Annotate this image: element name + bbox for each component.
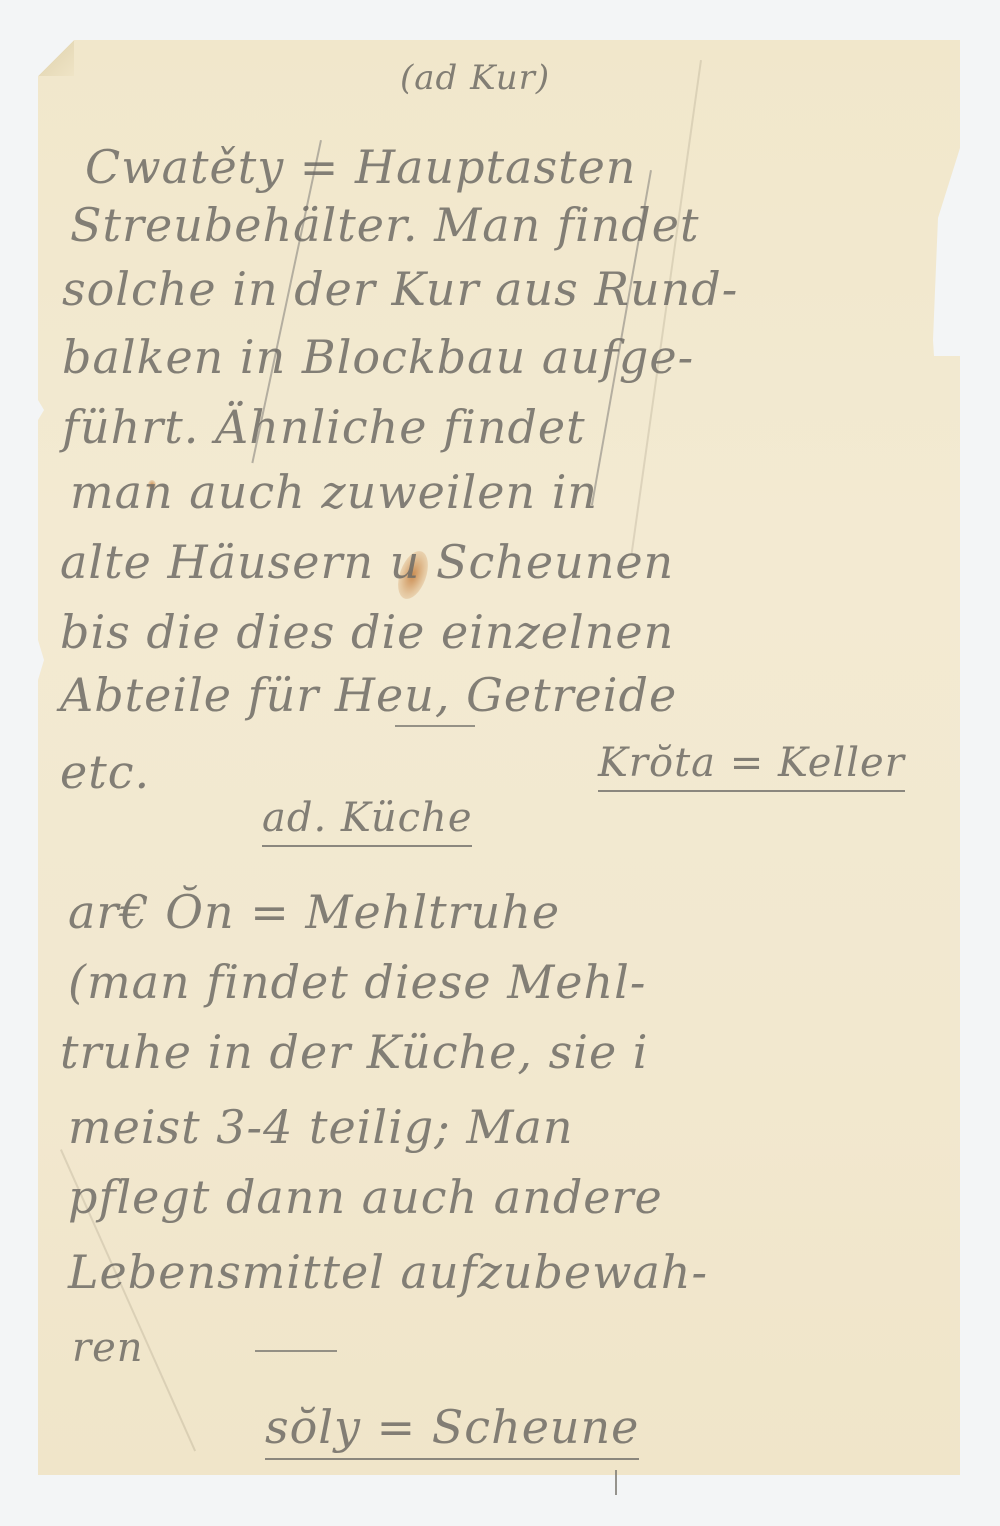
manuscript-line: ren bbox=[72, 1325, 144, 1371]
manuscript-line: truhe in der Küche, sie i bbox=[60, 1025, 649, 1079]
aside-entry-keller: Krŏta = Keller bbox=[598, 740, 905, 792]
section-heading-kueche: ad. Küche bbox=[262, 795, 472, 847]
manuscript-line: bis die dies die einzelnen bbox=[60, 605, 674, 659]
manuscript-line: alte Häusern u Scheunen bbox=[60, 535, 674, 589]
edge-mark bbox=[615, 1470, 617, 1495]
footer-entry-scheune: sŏly = Scheune bbox=[265, 1400, 639, 1460]
manuscript-line: etc. bbox=[60, 745, 150, 799]
manuscript-line: Cwatěty = Hauptasten bbox=[85, 140, 636, 194]
manuscript-line: Abteile für Heu, Getreide bbox=[60, 668, 677, 722]
manuscript-line: pflegt dann auch andere bbox=[68, 1170, 663, 1224]
manuscript-line: Streubehälter. Man findet bbox=[70, 198, 699, 252]
manuscript-line: führt. Ähnliche findet bbox=[62, 400, 586, 454]
separator-rule bbox=[255, 1350, 337, 1352]
manuscript-line: (man findet diese Mehl- bbox=[68, 955, 646, 1009]
separator-rule bbox=[395, 725, 475, 727]
manuscript-line: meist 3-4 teilig; Man bbox=[68, 1100, 574, 1154]
manuscript-line: man auch zuweilen in bbox=[70, 465, 598, 519]
manuscript-line: balken in Blockbau aufge- bbox=[62, 330, 694, 384]
manuscript-line: Lebensmittel aufzubewah- bbox=[68, 1245, 708, 1299]
manuscript-line: solche in der Kur aus Rund- bbox=[62, 262, 738, 316]
manuscript-line: ar€ Ŏn = Mehltruhe bbox=[68, 885, 560, 939]
section-heading-kur: (ad Kur) bbox=[400, 58, 550, 98]
folded-corner bbox=[38, 40, 74, 76]
